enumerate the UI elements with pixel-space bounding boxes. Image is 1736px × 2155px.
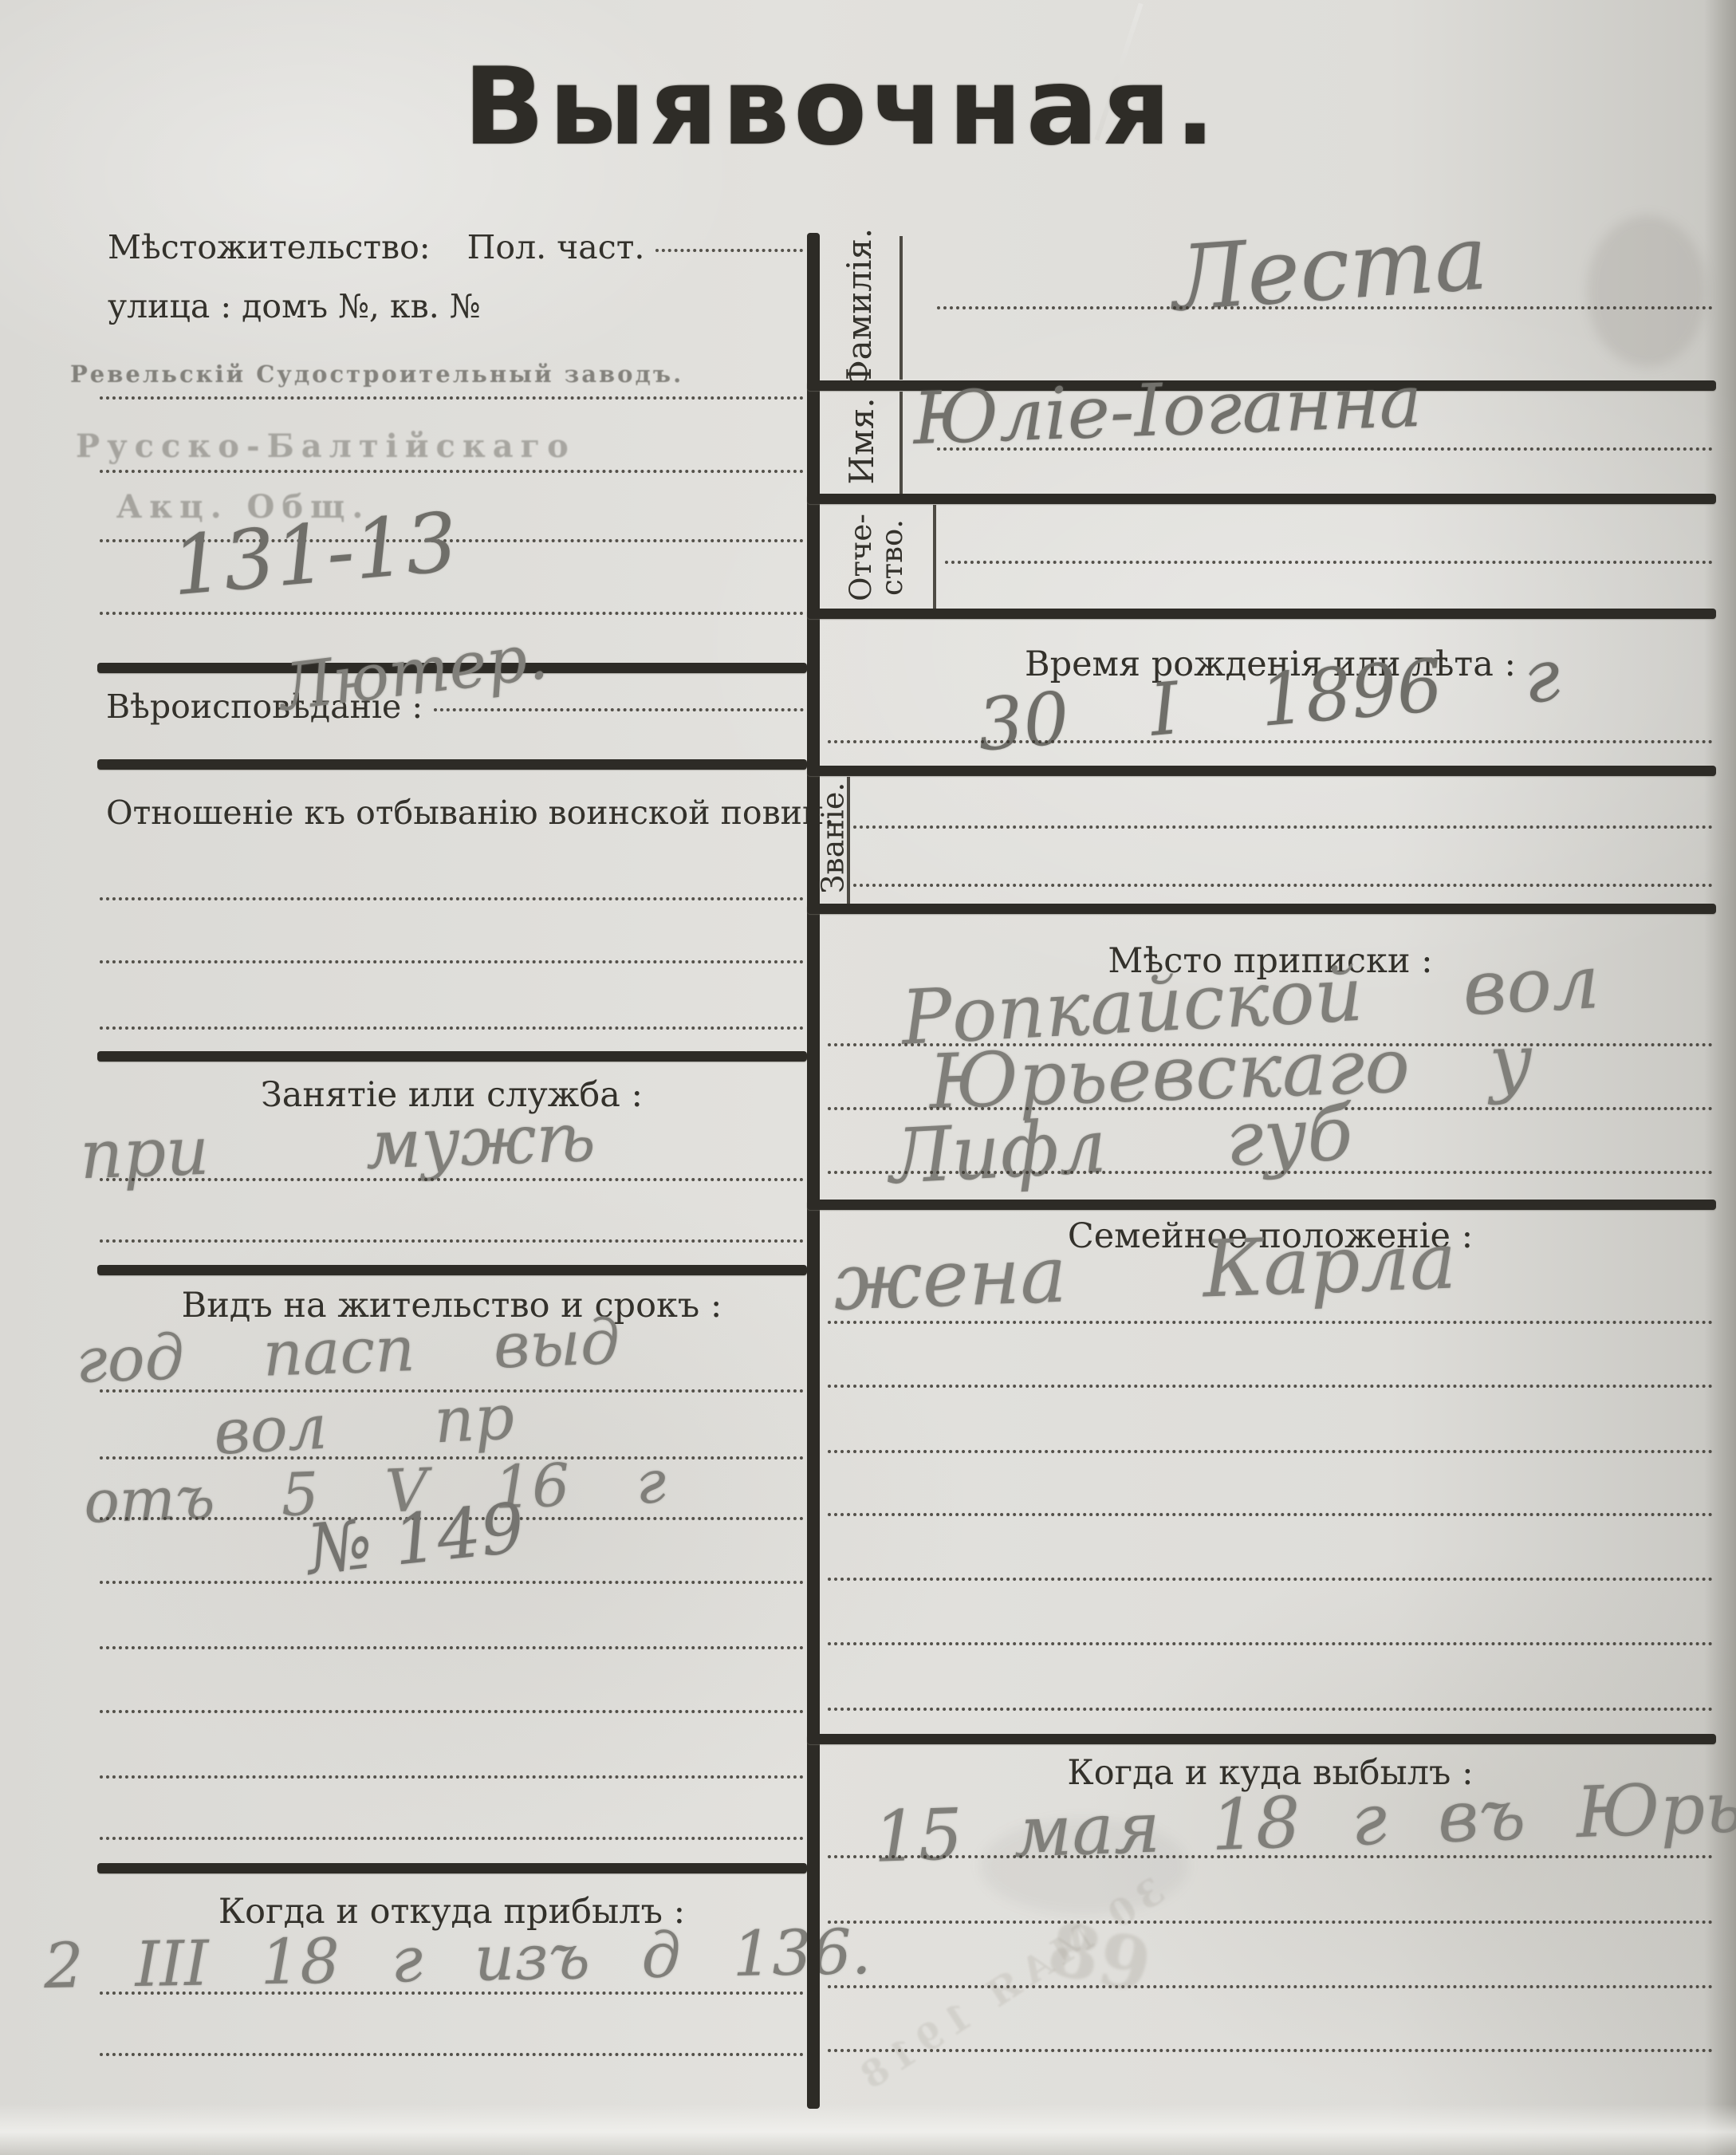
- dotted-line: [100, 960, 804, 963]
- residence-dotted-line: [655, 249, 803, 252]
- surname-handwriting: Леста: [1169, 206, 1491, 331]
- row-divider: [807, 1734, 1716, 1744]
- dotted-line: [100, 2053, 804, 2056]
- dotted-line: [828, 1578, 1713, 1581]
- residence-row: Мѣстожительство: Пол. част.: [108, 228, 803, 266]
- dotted-line: [828, 1642, 1713, 1645]
- dotted-line: [828, 1921, 1713, 1924]
- dotted-line: [828, 1985, 1713, 1988]
- section-divider: [97, 1265, 807, 1275]
- street-label: улица : домъ №, кв. №: [108, 287, 481, 325]
- dotted-line: [937, 447, 1713, 451]
- row-divider: [807, 609, 1716, 619]
- row-divider: [807, 1200, 1716, 1210]
- dotted-line: [945, 561, 1713, 564]
- factory-stamp-line2: Русско-Балтійскаго: [76, 427, 411, 465]
- dotted-line: [828, 1385, 1713, 1388]
- dotted-line: [100, 396, 804, 400]
- dotted-line: [100, 1239, 804, 1243]
- residence-field-label: Пол. част.: [467, 228, 645, 266]
- firstname-label: Имя.: [826, 381, 898, 501]
- dotted-line: [828, 1855, 1713, 1858]
- dotted-line: [828, 1513, 1713, 1516]
- dotted-line: [100, 470, 804, 473]
- dotted-line: [853, 884, 1713, 887]
- firstname-handwriting: Юліе-Іоганна: [911, 360, 1423, 461]
- dotted-line: [100, 1837, 804, 1840]
- religion-dotted-line: [434, 708, 804, 711]
- military-service-label: Отношеніе къ отбыванію воинской повин.: [106, 794, 834, 832]
- dotted-line: [828, 1708, 1713, 1711]
- dotted-line: [828, 740, 1713, 743]
- dotted-line: [828, 1450, 1713, 1453]
- section-divider: [97, 1863, 807, 1873]
- section-divider: [97, 1051, 807, 1062]
- dotted-line: [100, 1646, 804, 1649]
- dotted-line: [100, 612, 804, 615]
- dotted-line: [100, 1581, 804, 1584]
- section-divider: [97, 759, 807, 770]
- factory-stamp-line1: Ревельскій Судостроительный заводъ.: [70, 360, 421, 388]
- row-divider: [807, 904, 1716, 914]
- row-divider: [807, 494, 1716, 504]
- dotted-line: [100, 897, 804, 900]
- dotted-line: [828, 2049, 1713, 2052]
- dotted-line: [828, 1171, 1713, 1174]
- label-column-rule: [899, 392, 903, 494]
- paper-bottom-crease: [0, 2104, 1736, 2155]
- dotted-line: [100, 1992, 804, 1995]
- dotted-line: [937, 306, 1713, 309]
- dotted-line: [853, 825, 1713, 829]
- paper-smudge: [1587, 215, 1706, 367]
- dotted-line: [828, 1321, 1713, 1324]
- dotted-line: [100, 1178, 804, 1181]
- document-title: Выявочная.: [0, 45, 1683, 169]
- label-column-rule: [899, 236, 903, 380]
- residence-label: Мѣстожительство:: [108, 228, 431, 266]
- arrival-handwriting: 2 III 18 г изъ д 136.: [43, 1917, 872, 2003]
- label-column-rule: [933, 505, 936, 609]
- dotted-line: [100, 1710, 804, 1713]
- row-divider: [807, 766, 1716, 776]
- dotted-line: [100, 1026, 804, 1030]
- dotted-line: [100, 1775, 804, 1779]
- surname-label: Фамилія.: [820, 232, 899, 384]
- patronymic-label: Отче- ство.: [829, 505, 925, 610]
- column-divider: [807, 233, 820, 2109]
